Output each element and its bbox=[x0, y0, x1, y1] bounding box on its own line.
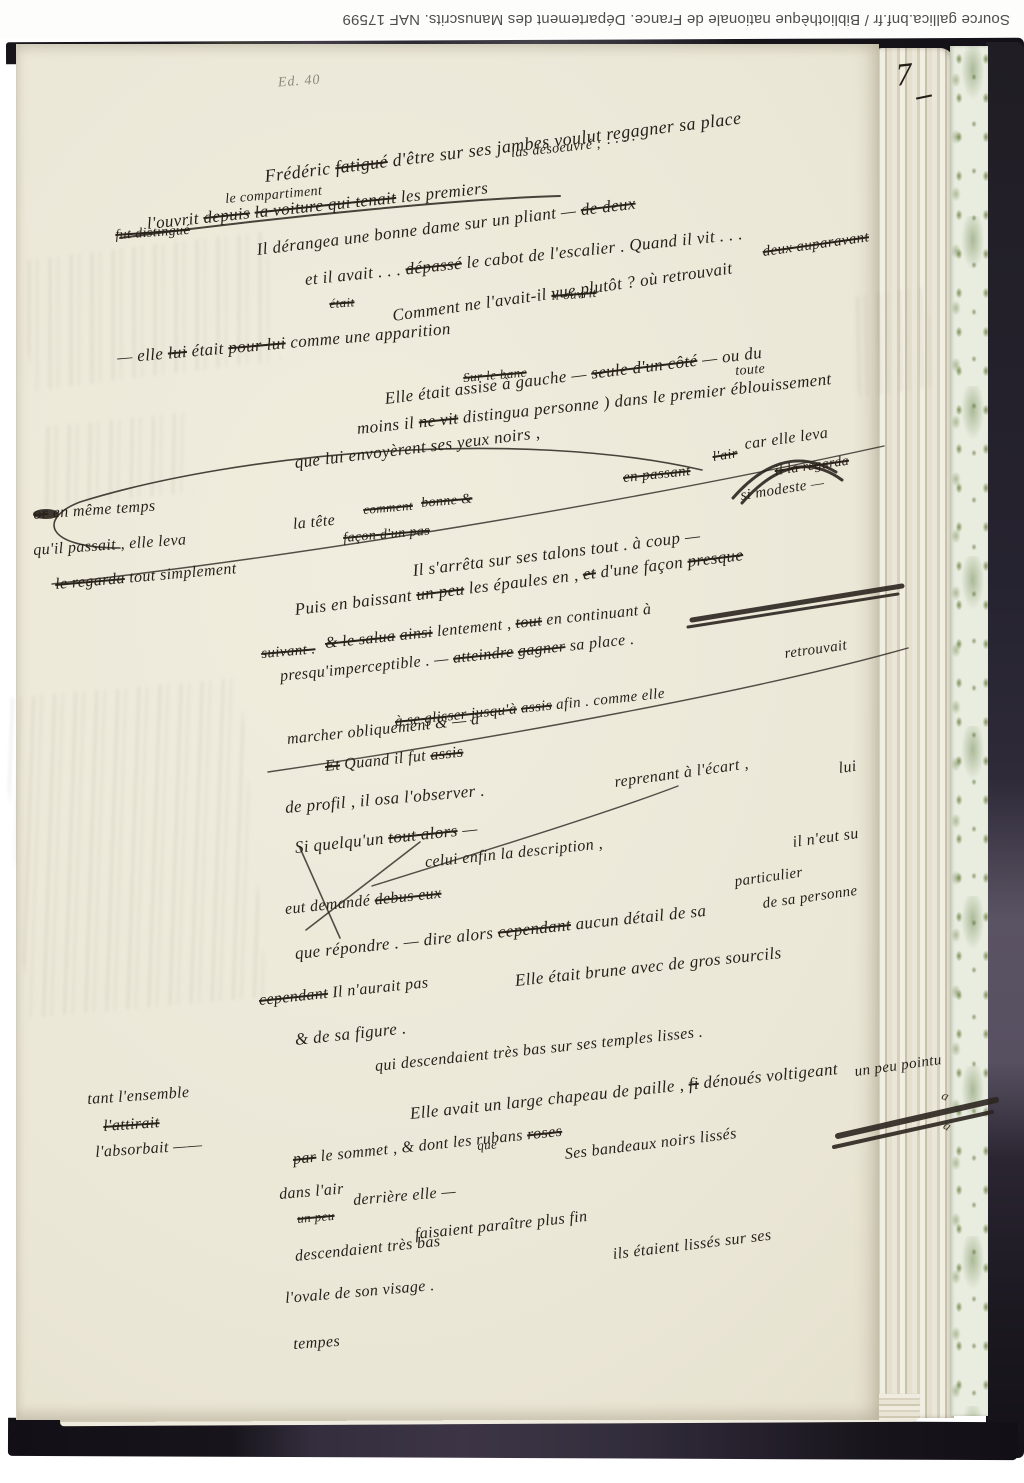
deleted-text: l'attirait bbox=[103, 1114, 160, 1135]
deleted-text: ne vit bbox=[418, 408, 459, 431]
deleted-text: comment bbox=[363, 498, 414, 517]
marbled-endpaper-strip bbox=[950, 46, 988, 1416]
attribution-strip: Source gallica.bnf.fr / Bibliothèque nat… bbox=[0, 0, 1024, 38]
deleted-text: l'air bbox=[711, 446, 738, 465]
manuscript-line: un peu bbox=[297, 1208, 336, 1227]
manuscript-text: lui bbox=[837, 758, 857, 777]
deleted-text: ainsi bbox=[399, 624, 434, 644]
manuscript-line: était bbox=[329, 294, 355, 312]
manuscript-text: — elle bbox=[116, 344, 168, 367]
deleted-text: lui bbox=[167, 342, 188, 363]
manuscript-text: était bbox=[186, 338, 229, 361]
deleted-text: gagner bbox=[517, 638, 566, 660]
deleted-text: depuis bbox=[202, 203, 251, 227]
gallica-attribution-text: Source gallica.bnf.fr / Bibliothèque nat… bbox=[14, 6, 1010, 28]
deleted-text: assis bbox=[520, 698, 553, 717]
manuscript-line: lui bbox=[837, 758, 857, 778]
pencil-shelfmark-note: Ed. 40 bbox=[277, 73, 321, 92]
deleted-text: assis bbox=[430, 744, 465, 764]
deleted-text: pour lui bbox=[227, 333, 286, 357]
manuscript-text: que bbox=[477, 1136, 498, 1153]
manuscript-text: la tête bbox=[292, 512, 336, 533]
deleted-text: un peu bbox=[297, 1208, 336, 1226]
page-stack-fore-edge bbox=[872, 48, 954, 1418]
scanned-manuscript-photo: Source gallica.bnf.fr / Bibliothèque nat… bbox=[0, 0, 1024, 1483]
manuscript-text: tempes bbox=[293, 1333, 341, 1353]
leather-binding-right-edge bbox=[986, 42, 1024, 1458]
manuscript-line: tempes bbox=[293, 1333, 341, 1354]
deleted-text: était bbox=[329, 294, 355, 311]
manuscript-line: que bbox=[477, 1136, 498, 1154]
deleted-text: suivant . bbox=[261, 641, 317, 662]
deleted-text: par bbox=[292, 1149, 317, 1168]
deleted-text: tout bbox=[515, 612, 543, 632]
deleted-text: or bbox=[33, 505, 49, 523]
deleted-text: roses bbox=[526, 1123, 563, 1144]
manuscript-text: — bbox=[456, 819, 478, 840]
deleted-text: bonne & bbox=[421, 492, 474, 511]
